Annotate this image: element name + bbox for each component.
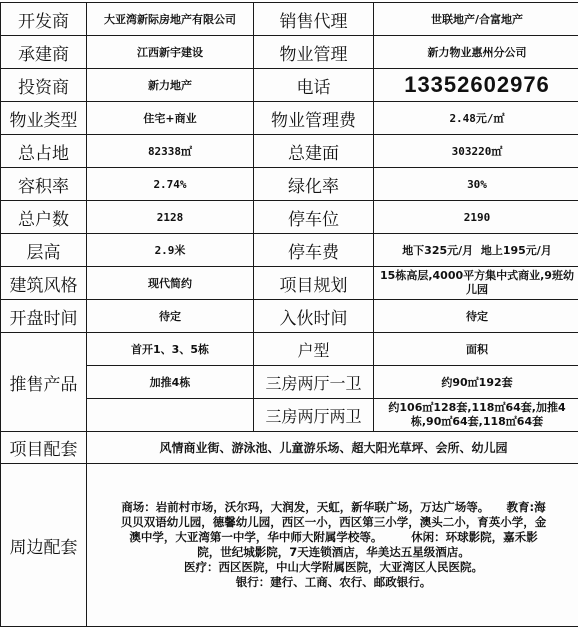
investor-value: 新力地产 [87,69,254,102]
property-mgmt-value: 新力物业惠州分公司 [374,36,578,69]
area-header: 面积 [374,333,578,366]
planning-label: 项目规划 [254,267,374,300]
surroundings-line: 银行：建行、工商、农行、邮政银行。 [89,575,578,590]
product-batch-1: 首开1、3、5栋 [87,333,254,366]
unit-area-1: 约90㎡192套 [374,366,578,399]
table-row: 三房两厅两卫 约106㎡128套,118㎡64套,加推4栋,90㎡64套,118… [1,399,578,432]
land-area-value: 82338㎡ [87,135,254,168]
contractor-value: 江西新宇建设 [87,36,254,69]
arch-style-value: 现代简约 [87,267,254,300]
land-area-label: 总占地 [1,135,87,168]
table-row: 总户数 2128 停车位 2190 [1,201,578,234]
unit-type-2: 三房两厅两卫 [254,399,374,432]
surroundings-label: 周边配套 [1,464,87,627]
developer-value: 大亚湾新际房地产有限公司 [87,3,254,36]
phone-number[interactable]: 13352602976 [374,69,578,102]
surroundings-value: 商场：岩前村市场，沃尔玛，大润发，天虹，新华联广场，万达广场等。 教育:海 贝贝… [87,464,578,627]
green-ratio-label: 绿化率 [254,168,374,201]
parking-fee-value: 地下325元/月 地上195元/月 [374,234,578,267]
table-row: 开盘时间 待定 入伙时间 待定 [1,300,578,333]
mgmt-fee-label: 物业管理费 [254,102,374,135]
opening-time-label: 开盘时间 [1,300,87,333]
gross-area-label: 总建面 [254,135,374,168]
floor-height-label: 层高 [1,234,87,267]
product-batch-3 [87,399,254,432]
table-row: 建筑风格 现代简约 项目规划 15栋高层,4000平方集中式商业,9班幼儿园 [1,267,578,300]
move-in-time-label: 入伙时间 [254,300,374,333]
table-row: 周边配套 商场：岩前村市场，沃尔玛，大润发，天虹，新华联广场，万达广场等。 教育… [1,464,578,627]
surroundings-line: 澳中学，大亚湾第一中学，华中师大附属学校等。 休闲：环球影院，嘉禾影 [89,530,578,545]
surroundings-line: 医疗：西区医院，中山大学附属医院，大亚湾区人民医院。 [89,560,578,575]
plot-ratio-label: 容积率 [1,168,87,201]
floor-height-value: 2.9米 [87,234,254,267]
property-mgmt-label: 物业管理 [254,36,374,69]
table-row: 投资商 新力地产 电话 13352602976 [1,69,578,102]
table-row: 加推4栋 三房两厅一卫 约90㎡192套 [1,366,578,399]
table-row: 项目配套 风情商业街、游泳池、儿童游乐场、超大阳光草坪、会所、幼儿园 [1,432,578,464]
unit-area-2: 约106㎡128套,118㎡64套,加推4栋,90㎡64套,118㎡64套 [374,399,578,432]
table-row: 承建商 江西新宇建设 物业管理 新力物业惠州分公司 [1,36,578,69]
gross-area-value: 303220㎡ [374,135,578,168]
table-row: 开发商 大亚湾新际房地产有限公司 销售代理 世联地产/合富地产 [1,3,578,36]
mgmt-fee-value: 2.48元/㎡ [374,102,578,135]
investor-label: 投资商 [1,69,87,102]
contractor-label: 承建商 [1,36,87,69]
unit-type-header: 户型 [254,333,374,366]
table-row: 总占地 82338㎡ 总建面 303220㎡ [1,135,578,168]
phone-label: 电话 [254,69,374,102]
move-in-time-value: 待定 [374,300,578,333]
unit-type-1: 三房两厅一卫 [254,366,374,399]
project-info-table: 开发商 大亚湾新际房地产有限公司 销售代理 世联地产/合富地产 承建商 江西新宇… [0,2,578,627]
property-type-value: 住宅+商业 [87,102,254,135]
arch-style-label: 建筑风格 [1,267,87,300]
surroundings-line: 贝贝双语幼儿园，德馨幼儿园，西区一小，西区第三小学，澳头二小，育英小学，金 [89,515,578,530]
table-row: 层高 2.9米 停车费 地下325元/月 地上195元/月 [1,234,578,267]
product-batch-2: 加推4栋 [87,366,254,399]
developer-label: 开发商 [1,3,87,36]
table-row: 容积率 2.74% 绿化率 30% [1,168,578,201]
property-type-label: 物业类型 [1,102,87,135]
facilities-label: 项目配套 [1,432,87,464]
facilities-value: 风情商业街、游泳池、儿童游乐场、超大阳光草坪、会所、幼儿园 [87,432,578,464]
parking-fee-label: 停车费 [254,234,374,267]
planning-value: 15栋高层,4000平方集中式商业,9班幼儿园 [374,267,578,300]
households-label: 总户数 [1,201,87,234]
households-value: 2128 [87,201,254,234]
surroundings-line: 商场：岩前村市场，沃尔玛，大润发，天虹，新华联广场，万达广场等。 教育:海 [89,500,578,515]
parking-spaces-value: 2190 [374,201,578,234]
surroundings-line: 院，世纪城影院，7天连锁酒店，华美达五星级酒店。 [89,545,578,560]
opening-time-value: 待定 [87,300,254,333]
plot-ratio-value: 2.74% [87,168,254,201]
table-row: 物业类型 住宅+商业 物业管理费 2.48元/㎡ [1,102,578,135]
green-ratio-value: 30% [374,168,578,201]
sales-agent-label: 销售代理 [254,3,374,36]
parking-spaces-label: 停车位 [254,201,374,234]
sales-agent-value: 世联地产/合富地产 [374,3,578,36]
table-row: 推售产品 首开1、3、5栋 户型 面积 [1,333,578,366]
products-label: 推售产品 [1,333,87,432]
